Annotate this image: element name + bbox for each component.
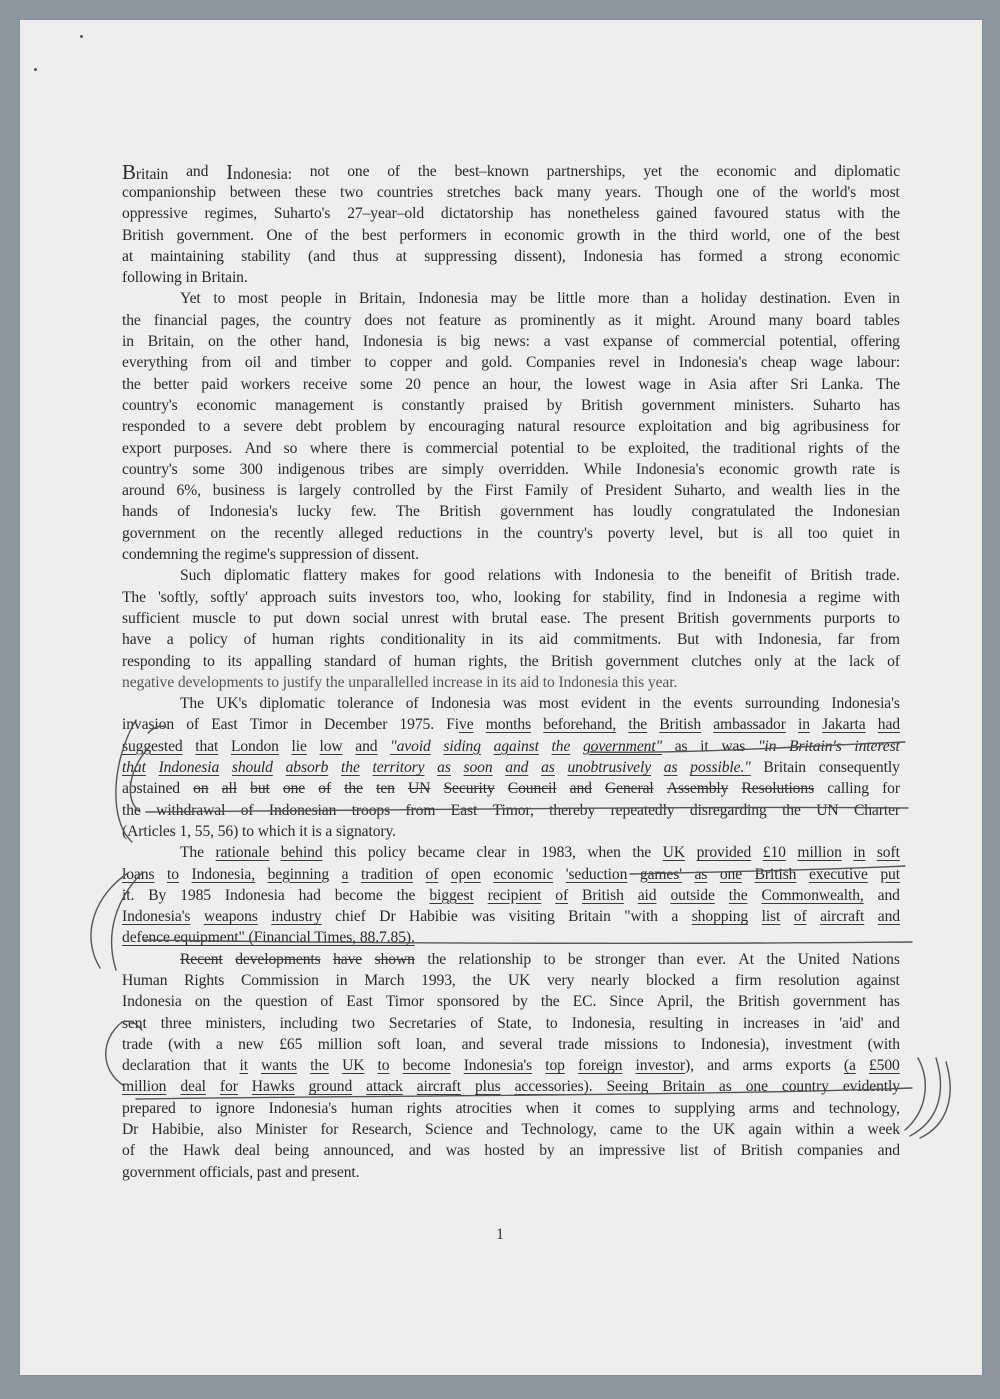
word: in xyxy=(336,970,348,991)
text-run: Indonesia), xyxy=(701,1036,770,1053)
text-run: UN xyxy=(408,780,430,797)
text-run: not xyxy=(406,312,426,329)
text-run: other xyxy=(270,333,302,350)
word: 300 xyxy=(240,459,263,480)
text-run: find xyxy=(667,589,692,606)
paragraph: YettomostpeopleinBritain,Indonesiamaybel… xyxy=(122,288,900,565)
word: in xyxy=(481,629,493,650)
text-run: yet xyxy=(643,163,662,180)
text-run: Indonesia xyxy=(159,759,220,776)
text-run: ground xyxy=(309,1078,353,1095)
word: many xyxy=(769,310,803,331)
text-run: Seeing xyxy=(606,1078,648,1095)
text-run: government xyxy=(793,993,866,1010)
word: British xyxy=(741,1140,783,1161)
paragraph: BritainandIndonesia:notoneofthebest–know… xyxy=(122,158,900,288)
text-line: country'ssome300indigenoustribesaresimpl… xyxy=(122,459,900,480)
text-run: condemning the regime's suppression of d… xyxy=(122,546,419,563)
word: in xyxy=(479,225,491,246)
text-run: companies xyxy=(797,1142,863,1159)
text-run: very xyxy=(547,972,574,989)
word: on xyxy=(210,523,225,544)
word: controlled xyxy=(353,480,415,501)
word: to xyxy=(656,1119,668,1140)
word: economic xyxy=(504,225,564,246)
text-run: of xyxy=(753,184,766,201)
text-run: to xyxy=(213,290,225,307)
word: suppressing xyxy=(424,246,497,267)
word: by xyxy=(539,1140,554,1161)
text-run: the xyxy=(344,780,363,797)
text-run: and xyxy=(186,163,208,180)
word: tradition xyxy=(361,864,413,885)
text-run: events xyxy=(693,695,732,712)
word: as xyxy=(541,757,555,778)
word: Technology, xyxy=(521,1119,596,1140)
text-run: on xyxy=(210,525,225,542)
word: cheap xyxy=(761,352,797,373)
text-run: The xyxy=(396,503,420,520)
word: March xyxy=(364,970,404,991)
text-run: of xyxy=(243,631,256,648)
text-run: but xyxy=(718,525,738,542)
text-run: it. xyxy=(122,887,134,904)
word: UK xyxy=(508,970,530,991)
text-run: of xyxy=(318,780,331,797)
text-run: Indonesia xyxy=(431,695,491,712)
word: The xyxy=(876,374,900,395)
word: deal xyxy=(235,1140,261,1161)
word: favoured xyxy=(714,203,769,224)
word: stronger xyxy=(595,949,645,970)
text-run: Timor xyxy=(250,716,288,733)
word: many xyxy=(557,182,591,203)
word: have xyxy=(333,949,362,970)
word: with xyxy=(554,565,581,586)
text-run: tradition xyxy=(361,866,413,883)
word: interest xyxy=(854,736,899,757)
word: beforehand, xyxy=(543,714,616,735)
word: the xyxy=(844,225,863,246)
word: is xyxy=(753,523,763,544)
word: hands xyxy=(122,501,158,522)
text-run: hands xyxy=(122,503,158,520)
text-run: provided xyxy=(697,844,752,861)
text-run: Assembly xyxy=(667,780,729,797)
text-run: destination. xyxy=(760,290,831,307)
word: most xyxy=(870,182,900,203)
word: the xyxy=(504,523,523,544)
word: increases xyxy=(743,1013,799,1034)
text-run: holiday xyxy=(701,290,747,307)
text-run: of xyxy=(241,802,254,819)
text-run: with xyxy=(873,589,900,606)
word: investor), xyxy=(636,1055,694,1076)
text-run: 1983, xyxy=(541,844,576,861)
text-run: was xyxy=(503,695,527,712)
text-run: And xyxy=(245,440,272,457)
word: the xyxy=(881,480,900,501)
text-run: hosted xyxy=(484,1142,524,1159)
word: but xyxy=(718,523,738,544)
word: a xyxy=(223,416,230,437)
text-run: games' xyxy=(640,866,682,883)
word: (a xyxy=(844,1055,856,1076)
text-run: countries xyxy=(377,184,433,201)
word: for xyxy=(882,778,900,799)
word: be xyxy=(530,288,545,309)
word: of xyxy=(305,225,318,246)
text-run: hour, xyxy=(510,376,541,393)
text-run: British xyxy=(741,1142,783,1159)
text-run: of xyxy=(784,567,797,584)
text-run: it xyxy=(239,1057,247,1074)
word: unrest xyxy=(401,608,439,629)
text-run: is xyxy=(436,333,446,350)
word: outside xyxy=(670,885,714,906)
text-run: present xyxy=(620,610,664,627)
text-line: condemning the regime's suppression of d… xyxy=(122,544,900,565)
word: Habibie, xyxy=(152,1119,204,1140)
text-run: including xyxy=(280,1015,338,1032)
word: Council xyxy=(508,778,557,799)
word: the xyxy=(223,991,242,1012)
word: of xyxy=(784,565,797,586)
word: in xyxy=(633,225,645,246)
text-run: human xyxy=(272,631,314,648)
text-run: as xyxy=(694,866,707,883)
text-run: President xyxy=(605,482,662,499)
word: calling xyxy=(827,778,869,799)
text-line: declarationthatitwantstheUKtobecomeIndon… xyxy=(122,1055,900,1076)
word: rationale xyxy=(216,842,270,863)
word: the xyxy=(310,1055,329,1076)
text-run: wage xyxy=(810,354,843,371)
text-run: again xyxy=(748,1121,781,1138)
text-run: the xyxy=(122,312,141,329)
text-run: British xyxy=(551,653,593,670)
text-run: trade. xyxy=(865,567,899,584)
text-run: Indonesia, xyxy=(572,1015,636,1032)
word: sufficient xyxy=(122,608,180,629)
text-run: 'seduction xyxy=(566,866,628,883)
text-run: The xyxy=(876,376,900,393)
word: open xyxy=(451,864,481,885)
text-run: exploited, xyxy=(628,440,689,457)
text-run: Science xyxy=(425,1121,473,1138)
word: economic xyxy=(840,246,900,267)
text-run: between xyxy=(230,184,281,201)
word: more xyxy=(598,288,630,309)
text-run: three xyxy=(161,1015,192,1032)
text-run: technology, xyxy=(829,1100,900,1117)
word: United xyxy=(798,949,840,970)
word: stretches xyxy=(447,182,501,203)
word: after xyxy=(749,374,777,395)
word: aircraft xyxy=(417,1076,461,1097)
text-line: loanstoIndonesia,beginningatraditionofop… xyxy=(122,864,900,885)
text-line: thebetterpaidworkersreceivesome20pencean… xyxy=(122,374,900,395)
text-run: clutches xyxy=(691,653,741,670)
word: Dr xyxy=(122,1119,138,1140)
text-run: and xyxy=(793,1100,815,1117)
text-run: only xyxy=(754,653,781,670)
word: and xyxy=(707,1055,729,1076)
word: Indonesian xyxy=(833,501,900,522)
text-line: atmaintainingstability(andthusatsuppress… xyxy=(122,246,900,267)
word: pages, xyxy=(221,310,260,331)
text-run: soft xyxy=(378,1036,401,1053)
text-run: rate xyxy=(852,461,875,478)
text-run: one xyxy=(746,1078,768,1095)
text-run: in xyxy=(888,290,900,307)
text-run: for xyxy=(882,418,900,435)
text-line: milliondealforHawksgroundattackaircraftp… xyxy=(122,1076,900,1097)
text-run: the xyxy=(628,716,647,733)
word: £65 xyxy=(279,1034,302,1055)
word: back xyxy=(514,182,543,203)
word: there xyxy=(360,438,391,459)
text-run: and xyxy=(878,908,900,925)
text-run: has xyxy=(593,503,614,520)
text-run: of xyxy=(555,887,568,904)
word: brutal xyxy=(492,608,528,629)
text-run: tolerance xyxy=(337,695,393,712)
word: than xyxy=(658,949,684,970)
text-run: interest xyxy=(854,738,899,755)
text-run: deal xyxy=(180,1078,206,1095)
text-run: these xyxy=(295,184,327,201)
word: British xyxy=(122,225,164,246)
word: Britain xyxy=(662,1076,705,1097)
text-run: British xyxy=(738,993,780,1010)
text-run: chief xyxy=(335,908,366,925)
word: The xyxy=(583,608,607,629)
text-run: UK's xyxy=(216,695,247,712)
text-run: shown xyxy=(375,951,415,968)
word: debt xyxy=(296,416,322,437)
text-run: economic xyxy=(493,866,553,883)
text-run: stronger xyxy=(595,951,645,968)
word: and xyxy=(794,158,816,182)
text-run: when xyxy=(526,1100,559,1117)
text-run: government. xyxy=(176,227,253,244)
text-run: British xyxy=(122,227,164,244)
word: and xyxy=(725,416,747,437)
text-run: diplomatic xyxy=(259,695,325,712)
word: Seeing xyxy=(606,1076,648,1097)
text-run: oil xyxy=(245,354,261,371)
text-run: in xyxy=(813,1015,825,1032)
text-run: the xyxy=(541,993,560,1010)
text-run: is xyxy=(403,440,413,457)
text-run: approach xyxy=(260,589,316,606)
word: with xyxy=(452,608,479,629)
word: resulting xyxy=(649,1013,703,1034)
text-run: agribusiness xyxy=(793,418,869,435)
text-run: investor xyxy=(636,1057,685,1074)
text-run: at xyxy=(396,248,407,265)
text-run: Such xyxy=(180,567,211,584)
word: to xyxy=(198,416,210,437)
word: put xyxy=(273,608,293,629)
text-run: overridden. xyxy=(498,461,568,478)
word: its xyxy=(509,629,523,650)
word: be xyxy=(601,438,616,459)
text-run: vast xyxy=(564,333,589,350)
text-run: the xyxy=(472,972,491,989)
text-run: to xyxy=(667,567,679,584)
word: may xyxy=(491,288,518,309)
word: 'seduction xyxy=(566,864,628,885)
text-run: in xyxy=(479,227,491,244)
text-run: export xyxy=(122,440,161,457)
text-run: British xyxy=(677,610,719,627)
text-run: for xyxy=(220,1078,238,1095)
text-run: dissent), xyxy=(514,248,566,265)
word: where xyxy=(310,438,348,459)
text-run: against xyxy=(494,738,539,755)
word: of xyxy=(406,693,419,714)
word: shown xyxy=(375,949,415,970)
word: has xyxy=(593,501,614,522)
word: at xyxy=(122,246,133,267)
text-run: Around xyxy=(708,312,755,329)
text-run: problem xyxy=(335,418,386,435)
word: and xyxy=(462,1034,484,1055)
text-run: reductions xyxy=(398,525,462,542)
word: on xyxy=(208,331,223,352)
word: from xyxy=(870,629,900,650)
word: down xyxy=(306,608,340,629)
text-run: stretches xyxy=(447,184,501,201)
text-run: standard xyxy=(324,653,376,670)
word: potential, xyxy=(779,331,836,352)
text-run: 27–year–old xyxy=(347,205,424,222)
word: one xyxy=(283,778,305,799)
text-run: East xyxy=(211,716,237,733)
word: on xyxy=(195,991,210,1012)
text-run: and xyxy=(275,354,297,371)
text-run: atrocities xyxy=(456,1100,512,1117)
word: deal xyxy=(180,1076,206,1097)
text-run: British xyxy=(810,567,852,584)
word: prepared xyxy=(122,1098,176,1119)
text-run: tribes xyxy=(360,461,394,478)
text-run: simply xyxy=(442,461,484,478)
word: ground xyxy=(309,1076,353,1097)
text-run: many xyxy=(769,312,803,329)
text-run: that xyxy=(203,1057,226,1074)
text-run: Sri xyxy=(790,376,808,393)
word: of xyxy=(887,651,900,672)
text-run: territory xyxy=(372,759,424,776)
word: First xyxy=(485,480,513,501)
text-run: country xyxy=(304,312,351,329)
text-run: to xyxy=(167,866,179,883)
word: repeatedly xyxy=(611,800,675,821)
word: as xyxy=(675,736,688,757)
word: was xyxy=(721,736,745,757)
word: Science xyxy=(425,1119,473,1140)
text-run: become xyxy=(335,887,383,904)
text-run: has xyxy=(530,205,551,222)
word: years. xyxy=(605,182,641,203)
text-run: the xyxy=(418,163,437,180)
word: the xyxy=(766,949,785,970)
text-run: the xyxy=(881,205,900,222)
word: commitments. xyxy=(574,629,662,650)
text-run: commitments. xyxy=(574,631,662,648)
word: Commonwealth, xyxy=(761,885,863,906)
text-run: British xyxy=(439,503,481,520)
word: indigenous xyxy=(277,459,344,480)
word: two xyxy=(340,182,363,203)
word: the xyxy=(818,651,837,672)
text-line: country'seconomicmanagementisconstantlyp… xyxy=(122,395,900,416)
word: lucky xyxy=(297,501,331,522)
word: Indonesia: xyxy=(226,158,292,182)
word: Indonesian xyxy=(269,800,336,821)
text-run: and xyxy=(409,1142,431,1159)
text-run: dictatorship xyxy=(441,205,513,222)
word: government xyxy=(500,501,573,522)
text-run: £10 xyxy=(763,844,786,861)
word: stability xyxy=(241,246,290,267)
text-run: absorb xyxy=(286,759,329,776)
word: Timor, xyxy=(493,800,534,821)
text-run: April, xyxy=(657,993,693,1010)
word: Rights xyxy=(184,970,224,991)
text-run: plus xyxy=(475,1078,501,1095)
text-run: revel xyxy=(609,354,640,371)
text-run: government xyxy=(605,653,678,670)
text-run: negative developments to justify the unp… xyxy=(122,674,677,691)
text-run: East xyxy=(451,802,477,819)
text-run: have xyxy=(333,951,362,968)
word: Commission xyxy=(241,970,319,991)
word: Security xyxy=(443,778,494,799)
word: Since xyxy=(609,991,643,1012)
text-run: ignore xyxy=(215,1100,254,1117)
text-run: and xyxy=(505,759,528,776)
word: And xyxy=(245,438,272,459)
word: impressive xyxy=(599,1140,666,1161)
text-line: sentthreeministers,includingtwoSecretari… xyxy=(122,1013,900,1034)
text-run: list xyxy=(680,1142,699,1159)
word: Resolutions xyxy=(742,778,815,799)
word: loudly xyxy=(633,501,672,522)
text-run: Resolutions xyxy=(742,780,815,797)
word: in xyxy=(857,480,869,501)
text-run: of xyxy=(794,908,807,925)
text-run: country xyxy=(782,1078,829,1095)
text-run: people xyxy=(281,290,322,307)
word: games' xyxy=(640,864,682,885)
text-run: to xyxy=(378,1057,390,1074)
text-run: hand, xyxy=(315,333,349,350)
word: oil xyxy=(245,352,261,373)
word: the xyxy=(658,225,677,246)
word: evident xyxy=(581,693,626,714)
text-run: UN xyxy=(816,802,838,819)
text-line: trade(withanew£65millionsoftloan,andseve… xyxy=(122,1034,900,1055)
text-run: as xyxy=(719,1078,732,1095)
text-run: London xyxy=(231,738,279,755)
word: Indonesia's xyxy=(636,459,704,480)
text-run: for xyxy=(413,567,431,584)
word: it. xyxy=(122,885,134,906)
